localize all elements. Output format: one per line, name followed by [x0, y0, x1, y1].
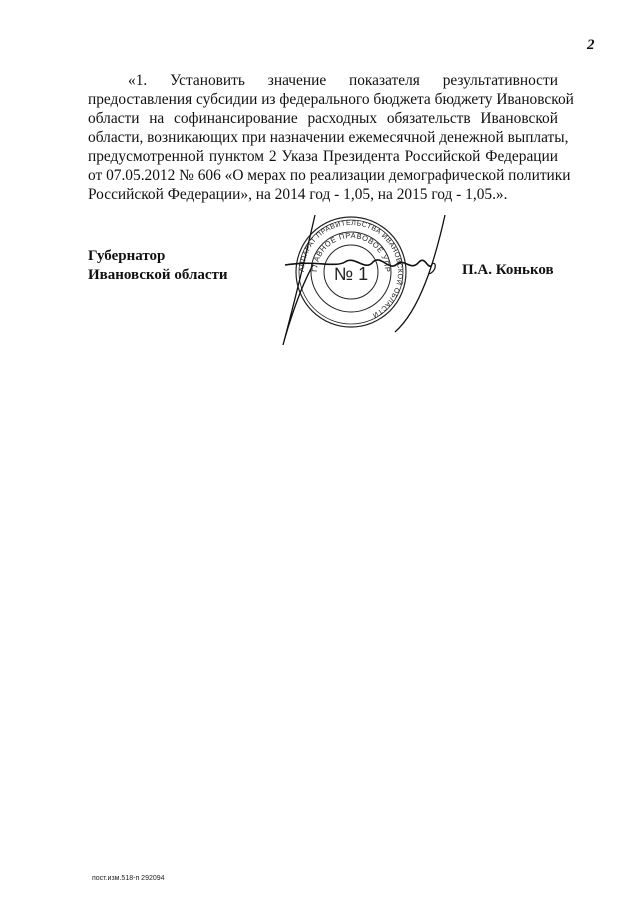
word: результативности	[443, 71, 558, 90]
word: значение	[268, 71, 326, 90]
word: показателя	[349, 71, 420, 90]
page-number: 2	[587, 37, 595, 54]
word: Установить	[170, 71, 245, 90]
paragraph-line-6: от 07.05.2012 № 606 «О мерах по реализац…	[88, 166, 558, 185]
paragraph-line-3: области на софинансирование расходных об…	[88, 109, 558, 128]
signatory-name: П.А. Коньков	[462, 262, 554, 279]
signatory-title-line-2: Ивановской области	[88, 266, 228, 285]
resolution-paragraph: «1. Установить значение показателя резул…	[88, 71, 558, 204]
paragraph-line-4: области, возникающих при назначении ежем…	[88, 128, 558, 147]
document-footer-code: пост.изм.518-п 292094	[92, 875, 165, 882]
official-stamp-icon: АППАРАТ ПРАВИТЕЛЬСТВА ИВАНОВСКОЙ ОБЛАСТИ…	[255, 210, 455, 350]
svg-text:№ 1: № 1	[334, 264, 368, 284]
paragraph-line-5: предусмотренной пунктом 2 Указа Президен…	[88, 147, 558, 166]
signatory-title-line-1: Губернатор	[88, 247, 228, 266]
word: «1.	[128, 71, 147, 90]
paragraph-line-1: «1. Установить значение показателя резул…	[88, 71, 558, 90]
paragraph-line-7: Российской Федерации», на 2014 год - 1,0…	[88, 185, 558, 204]
signatory-title: Губернатор Ивановской области	[88, 247, 228, 285]
paragraph-line-2: предоставления субсидии из федерального …	[88, 90, 558, 109]
